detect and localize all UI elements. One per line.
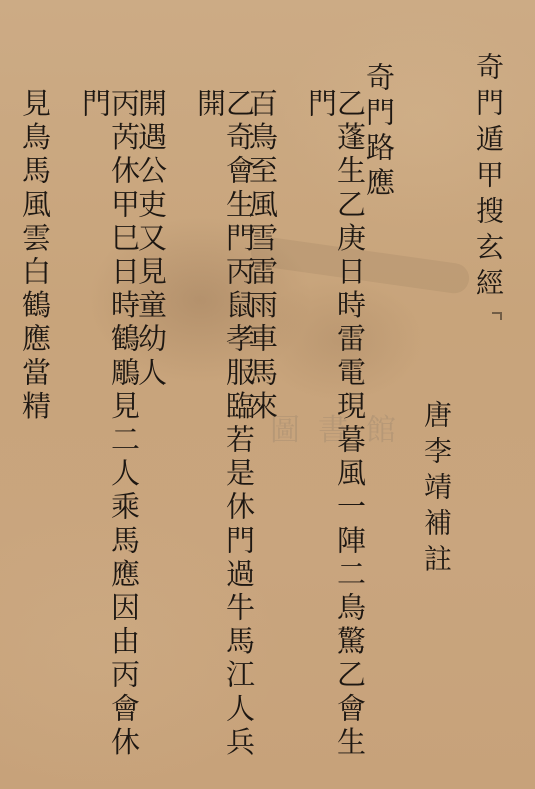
section-heading: 奇門路應 [364,62,393,202]
small-ink-mark [492,312,502,320]
text-column-6: 見鳥馬風雲白鶴應當精 [20,88,49,424]
text-column-5: 丙芮休甲巳日時鶴鵰見二人乘馬應因由丙會休門 [80,88,138,789]
text-column-3: 乙奇會生門丙鼠孝服臨若是休門過牛馬江人兵開 [195,88,253,789]
manuscript-page: 圖書館 奇門遁甲搜玄經 唐李靖補註 奇門路應 乙蓬生乙庚日時雷電現暮風一陣二鳥驚… [0,0,535,789]
author-attribution: 唐李靖補註 [422,400,450,580]
text-column-1: 乙蓬生乙庚日時雷電現暮風一陣二鳥驚乙會生門 [306,88,364,789]
book-title: 奇門遁甲搜玄經 [474,52,502,304]
